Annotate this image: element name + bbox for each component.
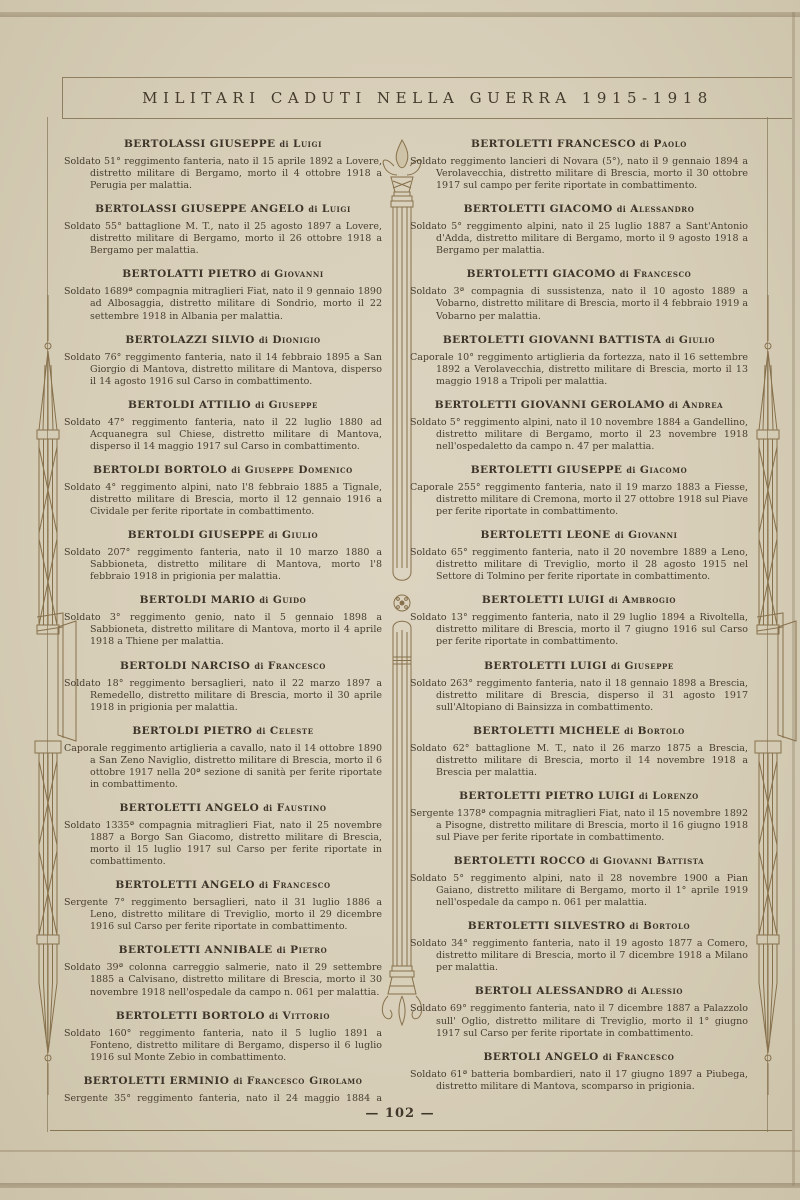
entry-body: Sergente 35° reggimento fanteria, nato i… (64, 1093, 382, 1103)
entry-name: BERTOLDI ATTILIO (128, 399, 251, 411)
entry-name: BERTOLAZZI SILVIO (125, 334, 254, 346)
entry-di: di (259, 335, 268, 345)
entry-father: Faustino (277, 802, 327, 814)
entry-father: Luigi (322, 203, 351, 215)
entry-body: Caporale reggimento artiglieria a cavall… (64, 743, 382, 791)
memorial-entry: BERTOLETTI MICHELE di Bortolo Soldato 62… (410, 725, 748, 779)
entry-father: Giulio (679, 334, 715, 346)
page-edge-bottom (0, 1183, 800, 1188)
entry-name: BERTOLETTI ANGELO (119, 802, 259, 814)
entry-name: BERTOLASSI GIUSEPPE (124, 138, 275, 150)
entry-heading: BERTOLETTI LUIGI di Giuseppe (410, 660, 748, 672)
entry-body: Soldato 207° reggimento fanteria, nato i… (64, 547, 382, 583)
entry-heading: BERTOLETTI GIACOMO di Francesco (410, 268, 748, 280)
memorial-entry: BERTOLETTI GIOVANNI BATTISTA di Giulio C… (410, 334, 748, 388)
entry-father: Bortolo (638, 725, 685, 737)
memorial-entry: BERTOLETTI GIOVANNI GEROLAMO di Andrea S… (410, 399, 748, 453)
entry-father: Francesco (616, 1051, 674, 1063)
entry-di: di (263, 803, 272, 813)
entry-father: Alessandro (630, 203, 694, 215)
entry-di: di (603, 1052, 612, 1062)
entry-name: BERTOLETTI LEONE (480, 529, 610, 541)
entry-heading: BERTOLETTI GIUSEPPE di Giacomo (410, 464, 748, 476)
entry-father: Giuseppe Domenico (245, 464, 353, 476)
title-band: MILITARI CADUTI NELLA GUERRA 1915-1918 (62, 77, 792, 119)
entry-father: Paolo (654, 138, 687, 150)
entry-heading: BERTOLATTI PIETRO di Giovanni (64, 268, 382, 280)
entry-father: Giuseppe (269, 399, 318, 411)
entry-heading: BERTOLETTI ANGELO di Francesco (64, 879, 382, 891)
entry-name: BERTOLDI MARIO (140, 594, 256, 606)
entry-heading: BERTOLDI NARCISO di Francesco (64, 660, 382, 672)
entry-di: di (609, 595, 618, 605)
entry-name: BERTOLETTI SILVESTRO (468, 920, 626, 932)
entry-father: Bortolo (643, 920, 690, 932)
memorial-entry: BERTOLASSI GIUSEPPE ANGELO di Luigi Sold… (64, 203, 382, 257)
entry-name: BERTOLATTI PIETRO (122, 268, 256, 280)
entry-heading: BERTOLETTI LUIGI di Ambrogio (410, 594, 748, 606)
entry-name: BERTOLDI GIUSEPPE (128, 529, 265, 541)
entry-body: Soldato 160° reggimento fanteria, nato i… (64, 1028, 382, 1064)
entry-body: Soldato 51° reggimento fanteria, nato il… (64, 156, 382, 192)
entry-father: Guido (273, 594, 307, 606)
entry-father: Francesco Girolamo (247, 1075, 363, 1087)
entry-heading: BERTOLDI ATTILIO di Giuseppe (64, 399, 382, 411)
memorial-entry: BERTOLATTI PIETRO di Giovanni Soldato 16… (64, 268, 382, 322)
entry-father: Giulio (282, 529, 318, 541)
entry-father: Celeste (270, 725, 314, 737)
entry-body: Soldato reggimento lancieri di Novara (5… (410, 156, 748, 192)
entry-name: BERTOLETTI LUIGI (484, 660, 607, 672)
entry-di: di (630, 921, 639, 931)
page-edge-top (0, 12, 800, 17)
memorial-entry: BERTOLETTI LEONE di Giovanni Soldato 65°… (410, 529, 748, 583)
entry-name: BERTOLDI BORTOLO (93, 464, 227, 476)
entry-heading: BERTOLI ANGELO di Francesco (410, 1051, 748, 1063)
memorial-entry: BERTOLETTI ERMINIO di Francesco Girolamo… (64, 1075, 382, 1103)
memorial-entry: BERTOLDI GIUSEPPE di Giulio Soldato 207°… (64, 529, 382, 583)
entry-heading: BERTOLETTI ROCCO di Giovanni Battista (410, 855, 748, 867)
entry-body: Soldato 5° reggimento alpini, nato il 25… (410, 221, 748, 257)
entry-body: Sergente 1378ª compagnia mitraglieri Fia… (410, 808, 748, 844)
entry-di: di (620, 269, 629, 279)
entry-father: Giovanni (274, 268, 323, 280)
entry-body: Soldato 1689ª compagnia mitraglieri Fiat… (64, 286, 382, 322)
entry-name: BERTOLETTI GIUSEPPE (471, 464, 623, 476)
memorial-entry: BERTOLETTI PIETRO LUIGI di Lorenzo Serge… (410, 790, 748, 844)
entry-di: di (277, 945, 286, 955)
entry-heading: BERTOLETTI FRANCESCO di Paolo (410, 138, 748, 150)
entry-di: di (624, 726, 633, 736)
memorial-entry: BERTOLETTI LUIGI di Giuseppe Soldato 263… (410, 660, 748, 714)
entry-body: Soldato 76° reggimento fanteria, nato il… (64, 352, 382, 388)
entry-father: Andrea (682, 399, 723, 411)
entry-heading: BERTOLDI BORTOLO di Giuseppe Domenico (64, 464, 382, 476)
entry-heading: BERTOLDI GIUSEPPE di Giulio (64, 529, 382, 541)
entry-father: Francesco (273, 879, 331, 891)
memorial-entry: BERTOLETTI LUIGI di Ambrogio Soldato 13°… (410, 594, 748, 648)
entry-father: Francesco (633, 268, 691, 280)
entry-body: Soldato 61ª batteria bombardieri, nato i… (410, 1069, 748, 1093)
entry-name: BERTOLETTI ANGELO (115, 879, 255, 891)
entry-father: Luigi (293, 138, 322, 150)
entry-father: Ambrogio (622, 594, 676, 606)
entry-di: di (279, 139, 288, 149)
entry-heading: BERTOLETTI PIETRO LUIGI di Lorenzo (410, 790, 748, 802)
entry-heading: BERTOLETTI SILVESTRO di Bortolo (410, 920, 748, 932)
entry-name: BERTOLETTI GIOVANNI GEROLAMO (435, 399, 665, 411)
footer-rule (50, 1130, 792, 1131)
entry-body: Soldato 3° reggimento genio, nato il 5 g… (64, 612, 382, 648)
entry-body: Soldato 62° battaglione M. T., nato il 2… (410, 743, 748, 779)
entry-body: Soldato 34° reggimento fanteria, nato il… (410, 938, 748, 974)
entry-di: di (308, 204, 317, 214)
entry-body: Soldato 69° reggimento fanteria, nato il… (410, 1003, 748, 1039)
entry-father: Lorenzo (652, 790, 698, 802)
entry-heading: BERTOLETTI MICHELE di Bortolo (410, 725, 748, 737)
entry-di: di (259, 595, 268, 605)
entry-body: Soldato 1335ª compagnia mitraglieri Fiat… (64, 820, 382, 868)
entry-father: Giovanni Battista (603, 855, 704, 867)
entry-body: Soldato 18° reggimento bersaglieri, nato… (64, 678, 382, 714)
entry-heading: BERTOLASSI GIUSEPPE di Luigi (64, 138, 382, 150)
entry-body: Caporale 10° reggimento artiglieria da f… (410, 352, 748, 388)
entry-name: BERTOLETTI BORTOLO (116, 1010, 265, 1022)
entry-di: di (254, 661, 263, 671)
entry-body: Soldato 5° reggimento alpini, nato il 10… (410, 417, 748, 453)
memorial-entry: BERTOLDI NARCISO di Francesco Soldato 18… (64, 660, 382, 714)
entry-father: Alessio (641, 985, 683, 997)
entry-name: BERTOLETTI ROCCO (454, 855, 586, 867)
memorial-entry: BERTOLETTI FRANCESCO di Paolo Soldato re… (410, 138, 748, 192)
entry-di: di (615, 530, 624, 540)
entry-di: di (617, 204, 626, 214)
entry-di: di (640, 139, 649, 149)
entry-heading: BERTOLETTI ERMINIO di Francesco Girolamo (64, 1075, 382, 1087)
memorial-entry: BERTOLETTI GIACOMO di Francesco Soldato … (410, 268, 748, 322)
right-column: BERTOLETTI FRANCESCO di Paolo Soldato re… (410, 138, 748, 1103)
entry-heading: BERTOLETTI BORTOLO di Vittorio (64, 1010, 382, 1022)
entry-body: Soldato 39ª colonna carreggio salmerie, … (64, 962, 382, 998)
entry-body: Soldato 47° reggimento fanteria, nato il… (64, 417, 382, 453)
memorial-entry: BERTOLETTI ANGELO di Francesco Sergente … (64, 879, 382, 933)
page-title: MILITARI CADUTI NELLA GUERRA 1915-1918 (142, 89, 713, 107)
entry-name: BERTOLETTI PIETRO LUIGI (459, 790, 635, 802)
entry-di: di (628, 986, 637, 996)
entry-di: di (590, 856, 599, 866)
entry-father: Francesco (268, 660, 326, 672)
entry-father: Giuseppe (624, 660, 673, 672)
entry-di: di (626, 465, 635, 475)
entry-heading: BERTOLETTI GIACOMO di Alessandro (410, 203, 748, 215)
memorial-entry: BERTOLETTI GIUSEPPE di Giacomo Caporale … (410, 464, 748, 518)
entry-body: Caporale 255° reggimento fanteria, nato … (410, 482, 748, 518)
memorial-entry: BERTOLETTI ANNIBALE di Pietro Soldato 39… (64, 944, 382, 998)
entry-name: BERTOLETTI GIACOMO (464, 203, 613, 215)
entry-heading: BERTOLDI MARIO di Guido (64, 594, 382, 606)
entry-father: Vittorio (282, 1010, 330, 1022)
entry-father: Dionigio (272, 334, 320, 346)
entry-columns: BERTOLASSI GIUSEPPE di Luigi Soldato 51°… (64, 138, 748, 1103)
entry-di: di (611, 661, 620, 671)
entry-name: BERTOLETTI ERMINIO (84, 1075, 230, 1087)
entry-body: Soldato 13° reggimento fanteria, nato il… (410, 612, 748, 648)
entry-name: BERTOLETTI FRANCESCO (471, 138, 636, 150)
memorial-entry: BERTOLI ANGELO di Francesco Soldato 61ª … (410, 1051, 748, 1093)
entry-name: BERTOLASSI GIUSEPPE ANGELO (95, 203, 304, 215)
entry-body: Soldato 4° reggimento alpini, nato l'8 f… (64, 482, 382, 518)
entry-name: BERTOLDI NARCISO (120, 660, 250, 672)
entry-di: di (665, 335, 674, 345)
entry-name: BERTOLDI PIETRO (132, 725, 252, 737)
entry-father: Giovanni (628, 529, 677, 541)
memorial-entry: BERTOLETTI ROCCO di Giovanni Battista So… (410, 855, 748, 909)
memorial-entry: BERTOLDI ATTILIO di Giuseppe Soldato 47°… (64, 399, 382, 453)
entry-heading: BERTOLDI PIETRO di Celeste (64, 725, 382, 737)
entry-di: di (256, 726, 265, 736)
entry-di: di (639, 791, 648, 801)
entry-body: Soldato 55° battaglione M. T., nato il 2… (64, 221, 382, 257)
entry-name: BERTOLI ALESSANDRO (475, 985, 624, 997)
entry-di: di (269, 1011, 278, 1021)
page-edge-bottom-line (0, 1150, 800, 1152)
entry-name: BERTOLETTI MICHELE (473, 725, 620, 737)
memorial-entry: BERTOLASSI GIUSEPPE di Luigi Soldato 51°… (64, 138, 382, 192)
entry-father: Giacomo (640, 464, 687, 476)
entry-heading: BERTOLETTI GIOVANNI GEROLAMO di Andrea (410, 399, 748, 411)
memorial-entry: BERTOLDI BORTOLO di Giuseppe Domenico So… (64, 464, 382, 518)
left-column: BERTOLASSI GIUSEPPE di Luigi Soldato 51°… (64, 138, 382, 1103)
memorial-entry: BERTOLDI MARIO di Guido Soldato 3° reggi… (64, 594, 382, 648)
entry-body: Soldato 65° reggimento fanteria, nato il… (410, 547, 748, 583)
entry-body: Sergente 7° reggimento bersaglieri, nato… (64, 897, 382, 933)
memorial-entry: BERTOLETTI ANGELO di Faustino Soldato 13… (64, 802, 382, 868)
memorial-entry: BERTOLETTI GIACOMO di Alessandro Soldato… (410, 203, 748, 257)
entry-name: BERTOLETTI LUIGI (482, 594, 605, 606)
entry-heading: BERTOLASSI GIUSEPPE ANGELO di Luigi (64, 203, 382, 215)
entry-di: di (261, 269, 270, 279)
memorial-entry: BERTOLDI PIETRO di Celeste Caporale regg… (64, 725, 382, 791)
entry-name: BERTOLETTI ANNIBALE (119, 944, 273, 956)
entry-name: BERTOLI ANGELO (484, 1051, 599, 1063)
book-page: MILITARI CADUTI NELLA GUERRA 1915-1918 (0, 0, 800, 1200)
entry-heading: BERTOLETTI ANGELO di Faustino (64, 802, 382, 814)
memorial-entry: BERTOLETTI SILVESTRO di Bortolo Soldato … (410, 920, 748, 974)
entry-di: di (233, 1076, 242, 1086)
entry-di: di (268, 530, 277, 540)
entry-name: BERTOLETTI GIOVANNI BATTISTA (443, 334, 661, 346)
memorial-entry: BERTOLETTI BORTOLO di Vittorio Soldato 1… (64, 1010, 382, 1064)
entry-heading: BERTOLAZZI SILVIO di Dionigio (64, 334, 382, 346)
entry-body: Soldato 263° reggimento fanteria, nato i… (410, 678, 748, 714)
entry-name: BERTOLETTI GIACOMO (467, 268, 616, 280)
entry-heading: BERTOLI ALESSANDRO di Alessio (410, 985, 748, 997)
entry-di: di (255, 400, 264, 410)
entry-heading: BERTOLETTI GIOVANNI BATTISTA di Giulio (410, 334, 748, 346)
memorial-entry: BERTOLAZZI SILVIO di Dionigio Soldato 76… (64, 334, 382, 388)
entry-di: di (669, 400, 678, 410)
entry-father: Pietro (290, 944, 327, 956)
entry-di: di (231, 465, 240, 475)
memorial-entry: BERTOLI ALESSANDRO di Alessio Soldato 69… (410, 985, 748, 1039)
entry-di: di (259, 880, 268, 890)
entry-heading: BERTOLETTI LEONE di Giovanni (410, 529, 748, 541)
entry-heading: BERTOLETTI ANNIBALE di Pietro (64, 944, 382, 956)
entry-body: Soldato 5° reggimento alpini, nato il 28… (410, 873, 748, 909)
page-number: — 102 — (0, 1106, 800, 1121)
entry-body: Soldato 3ª compagnia di sussistenza, nat… (410, 286, 748, 322)
